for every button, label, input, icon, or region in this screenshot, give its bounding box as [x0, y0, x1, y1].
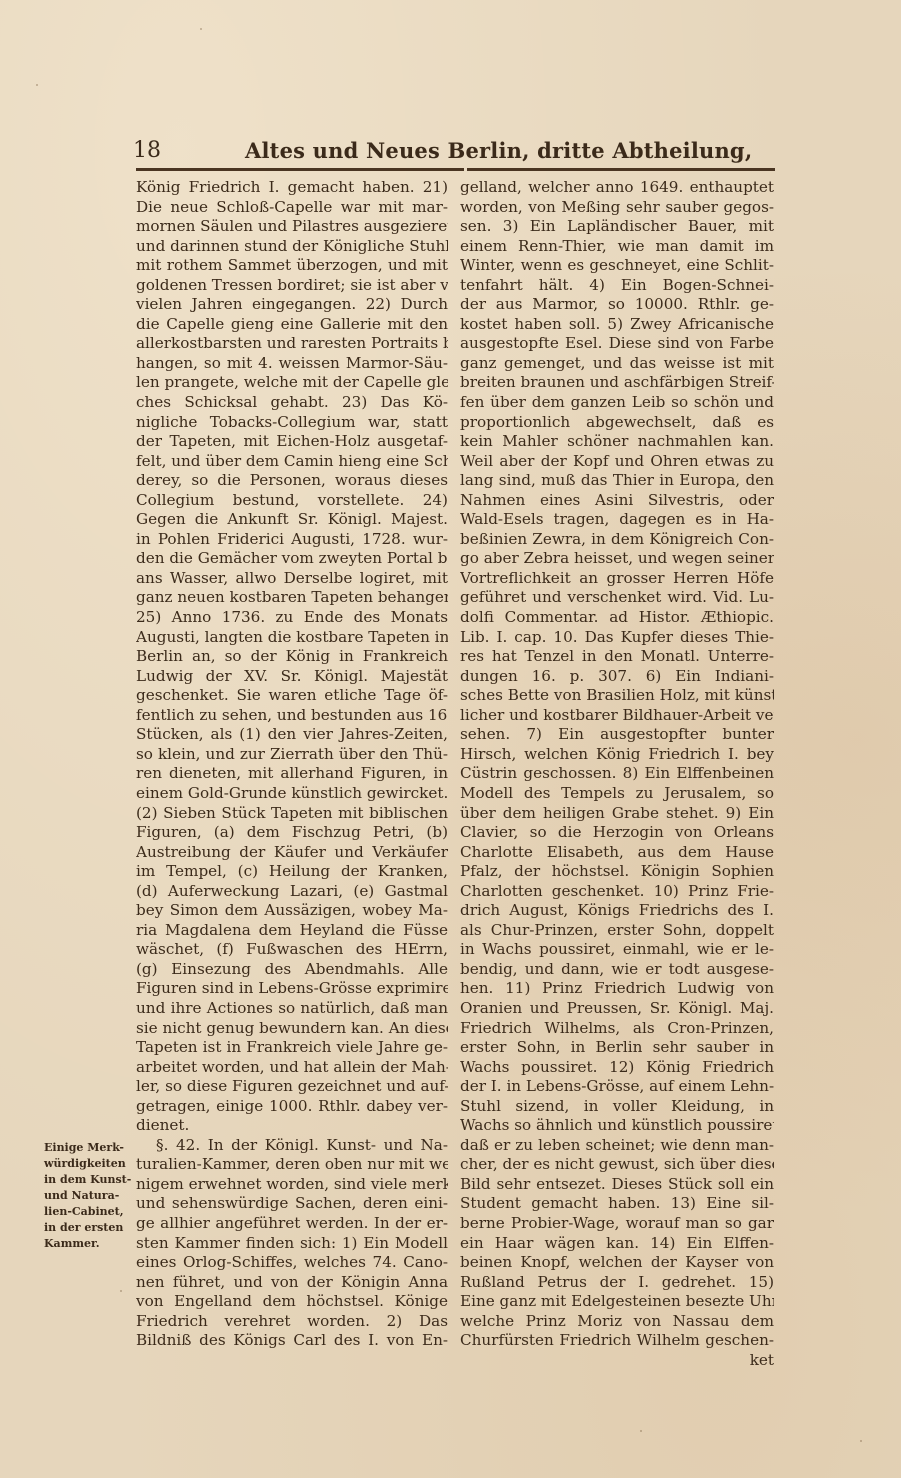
text-line: lang sind, muß das Thier in Europa, den [460, 471, 774, 491]
text-line: Berlin an, so der König in Frankreich [136, 647, 448, 667]
text-line: der I. in Lebens-Grösse, auf einem Lehn- [460, 1077, 774, 1097]
text-line: König Friedrich I. gemacht haben. 21) [136, 178, 448, 198]
text-line: kein Mahler schöner nachmahlen kan. [460, 432, 774, 452]
text-line: der aus Marmor, so 10000. Rthlr. ge- [460, 295, 774, 315]
text-line: felt, und über dem Camin hieng eine Schi… [136, 452, 448, 472]
text-line: in dem Kunst- [44, 1172, 128, 1188]
text-line: Pfalz, der höchstsel. Königin Sophien [460, 862, 774, 882]
text-line: goldenen Tressen bordiret; sie ist aber … [136, 276, 448, 296]
page-number: 18 [133, 138, 161, 163]
text-line: sie nicht genug bewundern kan. An diesen [136, 1019, 448, 1039]
text-line: ket [460, 1351, 774, 1371]
text-line: Collegium bestund, vorstellete. 24) [136, 491, 448, 511]
running-title: Altes und Neues Berlin, dritte Abtheilun… [245, 138, 752, 163]
text-line: Friedrich Wilhelms, als Cron-Prinzen, [460, 1019, 774, 1039]
text-line: Kammer. [44, 1236, 128, 1252]
text-line: tenfahrt hält. 4) Ein Bogen-Schnei- [460, 276, 774, 296]
text-line: len prangete, welche mit der Capelle gle… [136, 373, 448, 393]
header-rule-left [136, 168, 464, 171]
text-line: lien-Cabinet, [44, 1204, 128, 1220]
text-line: (2) Sieben Stück Tapeten mit biblischen [136, 804, 448, 824]
text-line: bey Simon dem Aussäzigen, wobey Ma- [136, 901, 448, 921]
text-line: mit rothem Sammet überzogen, und mit [136, 256, 448, 276]
text-line: go aber Zebra heisset, und wegen seiner [460, 549, 774, 569]
text-line: Figuren sind in Lebens-Grösse exprimiret… [136, 979, 448, 999]
text-line: den die Gemächer vom zweyten Portal bis [136, 549, 448, 569]
text-line: Einige Merk- [44, 1140, 128, 1156]
text-line: sehen. 7) Ein ausgestopfter bunter [460, 725, 774, 745]
text-line: geführet und verschenket wird. Vid. Lu- [460, 588, 774, 608]
right-text-column: gelland, welcher anno 1649. enthauptetwo… [460, 178, 774, 1370]
text-line: Oranien und Preussen, Sr. Königl. Maj. [460, 999, 774, 1019]
text-line: im Tempel, (c) Heilung der Kranken, [136, 862, 448, 882]
text-line: (g) Einsezung des Abendmahls. Alle [136, 960, 448, 980]
text-line: Stücken, als (1) den vier Jahres-Zeiten, [136, 725, 448, 745]
text-line: beßinien Zewra, in dem Königreich Con- [460, 530, 774, 550]
text-line: §. 42. In der Königl. Kunst- und Na- [136, 1136, 448, 1156]
text-line: die Capelle gieng eine Gallerie mit den [136, 315, 448, 335]
text-line: ches Schicksal gehabt. 23) Das Kö- [136, 393, 448, 413]
text-line: ganz neuen kostbaren Tapeten behangen. [136, 588, 448, 608]
text-line: Die neue Schloß-Capelle war mit mar- [136, 198, 448, 218]
text-line: sen. 3) Ein Lapländischer Bauer, mit [460, 217, 774, 237]
text-line: von Engelland dem höchstsel. Könige [136, 1292, 448, 1312]
text-line: fentlich zu sehen, und bestunden aus 16. [136, 706, 448, 726]
text-line: welche Prinz Moriz von Nassau dem [460, 1312, 774, 1332]
text-line: turalien-Kammer, deren oben nur mit we- [136, 1155, 448, 1175]
text-line: eines Orlog-Schiffes, welches 74. Cano- [136, 1253, 448, 1273]
text-line: (d) Auferweckung Lazari, (e) Gastmal [136, 882, 448, 902]
text-line: geschenket. Sie waren etliche Tage öf- [136, 686, 448, 706]
text-line: beinen Knopf, welchen der Kayser von [460, 1253, 774, 1273]
text-line: Bild sehr entsezet. Dieses Stück soll ei… [460, 1175, 774, 1195]
text-line: Modell des Tempels zu Jerusalem, so [460, 784, 774, 804]
text-line: dungen 16. p. 307. 6) Ein Indiani- [460, 667, 774, 687]
marginal-note: Einige Merk-würdigkeitenin dem Kunst-und… [44, 1140, 128, 1252]
text-line: Augusti, langten die kostbare Tapeten in [136, 628, 448, 648]
text-line: so klein, und zur Zierrath über den Thü- [136, 745, 448, 765]
text-line: in der ersten [44, 1220, 128, 1236]
text-line: Gegen die Ankunft Sr. Königl. Majest. [136, 510, 448, 530]
text-line: und Natura- [44, 1188, 128, 1204]
text-line: derey, so die Personen, woraus dieses [136, 471, 448, 491]
text-line: breiten braunen und aschfärbigen Streif- [460, 373, 774, 393]
book-page: 18 Altes und Neues Berlin, dritte Abthei… [0, 0, 901, 1478]
text-line: ans Wasser, allwo Derselbe logiret, mit [136, 569, 448, 589]
text-line: würdigkeiten [44, 1156, 128, 1172]
text-line: Weil aber der Kopf und Ohren etwas zu [460, 452, 774, 472]
text-line: Tapeten ist in Frankreich viele Jahre ge… [136, 1038, 448, 1058]
text-line: Churfürsten Friedrich Wilhelm geschen- [460, 1331, 774, 1351]
text-line: licher und kostbarer Bildhauer-Arbeit ve… [460, 706, 774, 726]
text-line: Eine ganz mit Edelgesteinen besezte Uhr, [460, 1292, 774, 1312]
text-line: drich August, Königs Friedrichs des I. [460, 901, 774, 921]
text-line: getragen, einige 1000. Rthlr. dabey ver- [136, 1097, 448, 1117]
text-line: Nahmen eines Asini Silvestris, oder [460, 491, 774, 511]
text-line: ein Haar wägen kan. 14) Ein Elffen- [460, 1234, 774, 1254]
text-line: ren dieneten, mit allerhand Figuren, in [136, 764, 448, 784]
text-line: Lib. I. cap. 10. Das Kupfer dieses Thie- [460, 628, 774, 648]
text-line: dienet. [136, 1116, 448, 1136]
text-line: 25) Anno 1736. zu Ende des Monats [136, 608, 448, 628]
text-line: gelland, welcher anno 1649. enthauptet [460, 178, 774, 198]
text-line: hangen, so mit 4. weissen Marmor-Säu- [136, 354, 448, 374]
text-line: und darinnen stund der Königliche Stuhl [136, 237, 448, 257]
text-line: ria Magdalena dem Heyland die Füsse [136, 921, 448, 941]
text-line: Winter, wenn es geschneyet, eine Schlit- [460, 256, 774, 276]
text-line: erster Sohn, in Berlin sehr sauber in [460, 1038, 774, 1058]
text-line: Vortreflichkeit an grosser Herren Höfe [460, 569, 774, 589]
text-line: Rußland Petrus der I. gedrehet. 15) [460, 1273, 774, 1293]
text-line: der Tapeten, mit Eichen-Holz ausgetaf- [136, 432, 448, 452]
text-line: hen. 11) Prinz Friedrich Ludwig von [460, 979, 774, 999]
text-line: Hirsch, welchen König Friedrich I. bey [460, 745, 774, 765]
text-line: Charlotte Elisabeth, aus dem Hause [460, 843, 774, 863]
text-line: ausgestopfte Esel. Diese sind von Farbe [460, 334, 774, 354]
text-line: Wachs so ähnlich und künstlich poussiret… [460, 1116, 774, 1136]
text-line: Wald-Esels tragen, dagegen es in Ha- [460, 510, 774, 530]
text-line: einem Gold-Grunde künstlich gewircket. [136, 784, 448, 804]
text-line: Clavier, so die Herzogin von Orleans [460, 823, 774, 843]
text-line: mornen Säulen und Pilastres ausgezieret, [136, 217, 448, 237]
text-line: kostet haben soll. 5) Zwey Africanische [460, 315, 774, 335]
text-line: nigliche Tobacks-Collegium war, statt [136, 413, 448, 433]
running-head: 18 Altes und Neues Berlin, dritte Abthei… [133, 138, 773, 172]
text-line: worden, von Meßing sehr sauber gegos- [460, 198, 774, 218]
text-line: berne Probier-Wage, worauf man so gar [460, 1214, 774, 1234]
text-line: ge allhier angeführet werden. In der er- [136, 1214, 448, 1234]
text-line: Bildniß des Königs Carl des I. von En- [136, 1331, 448, 1351]
text-line: Austreibung der Käufer und Verkäufer [136, 843, 448, 863]
text-line: Figuren, (a) dem Fischzug Petri, (b) [136, 823, 448, 843]
text-line: nen führet, und von der Königin Anna [136, 1273, 448, 1293]
text-line: in Pohlen Friderici Augusti, 1728. wur- [136, 530, 448, 550]
text-line: ler, so diese Figuren gezeichnet und auf… [136, 1077, 448, 1097]
text-line: Stuhl sizend, in voller Kleidung, in [460, 1097, 774, 1117]
text-line: in Wachs poussiret, einmahl, wie er le- [460, 940, 774, 960]
left-text-column: König Friedrich I. gemacht haben. 21)Die… [136, 178, 448, 1351]
text-line: dolfi Commentar. ad Histor. Æthiopic. [460, 608, 774, 628]
text-line: Friedrich verehret worden. 2) Das [136, 1312, 448, 1332]
text-line: ganz gemenget, und das weisse ist mit [460, 354, 774, 374]
text-line: Student gemacht haben. 13) Eine sil- [460, 1194, 774, 1214]
header-rule-right [467, 168, 775, 171]
text-line: daß er zu leben scheinet; wie denn man- [460, 1136, 774, 1156]
text-line: vielen Jahren eingegangen. 22) Durch [136, 295, 448, 315]
text-line: fen über dem ganzen Leib so schön und [460, 393, 774, 413]
text-line: wäschet, (f) Fußwaschen des HErrn, [136, 940, 448, 960]
text-line: arbeitet worden, und hat allein der Mah- [136, 1058, 448, 1078]
text-line: und ihre Actiones so natürlich, daß man [136, 999, 448, 1019]
text-line: Wachs poussiret. 12) König Friedrich [460, 1058, 774, 1078]
text-line: cher, der es nicht gewust, sich über die… [460, 1155, 774, 1175]
text-line: als Chur-Prinzen, erster Sohn, doppelt [460, 921, 774, 941]
text-line: über dem heiligen Grabe stehet. 9) Ein [460, 804, 774, 824]
text-line: proportionlich abgewechselt, daß es [460, 413, 774, 433]
text-line: res hat Tenzel in den Monatl. Unterre- [460, 647, 774, 667]
text-line: Cüstrin geschossen. 8) Ein Elffenbeinen [460, 764, 774, 784]
text-line: nigem erwehnet worden, sind viele merk- [136, 1175, 448, 1195]
text-line: bendig, und dann, wie er todt ausgese- [460, 960, 774, 980]
text-line: Charlotten geschenket. 10) Prinz Frie- [460, 882, 774, 902]
text-line: Ludwig der XV. Sr. Königl. Majestät [136, 667, 448, 687]
text-line: allerkostbarsten und raresten Portraits … [136, 334, 448, 354]
text-line: und sehenswürdige Sachen, deren eini- [136, 1194, 448, 1214]
text-line: sten Kammer finden sich: 1) Ein Modell [136, 1234, 448, 1254]
text-line: sches Bette von Brasilien Holz, mit küns… [460, 686, 774, 706]
text-line: einem Renn-Thier, wie man damit im [460, 237, 774, 257]
